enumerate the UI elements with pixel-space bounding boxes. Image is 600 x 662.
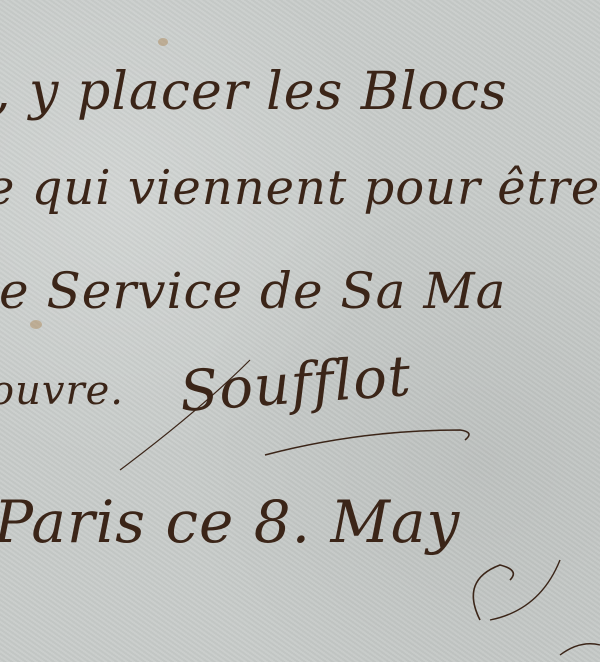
signature-flourish — [0, 0, 600, 662]
letter-page: , y placer les Blocs e qui viennent pour… — [0, 0, 600, 662]
